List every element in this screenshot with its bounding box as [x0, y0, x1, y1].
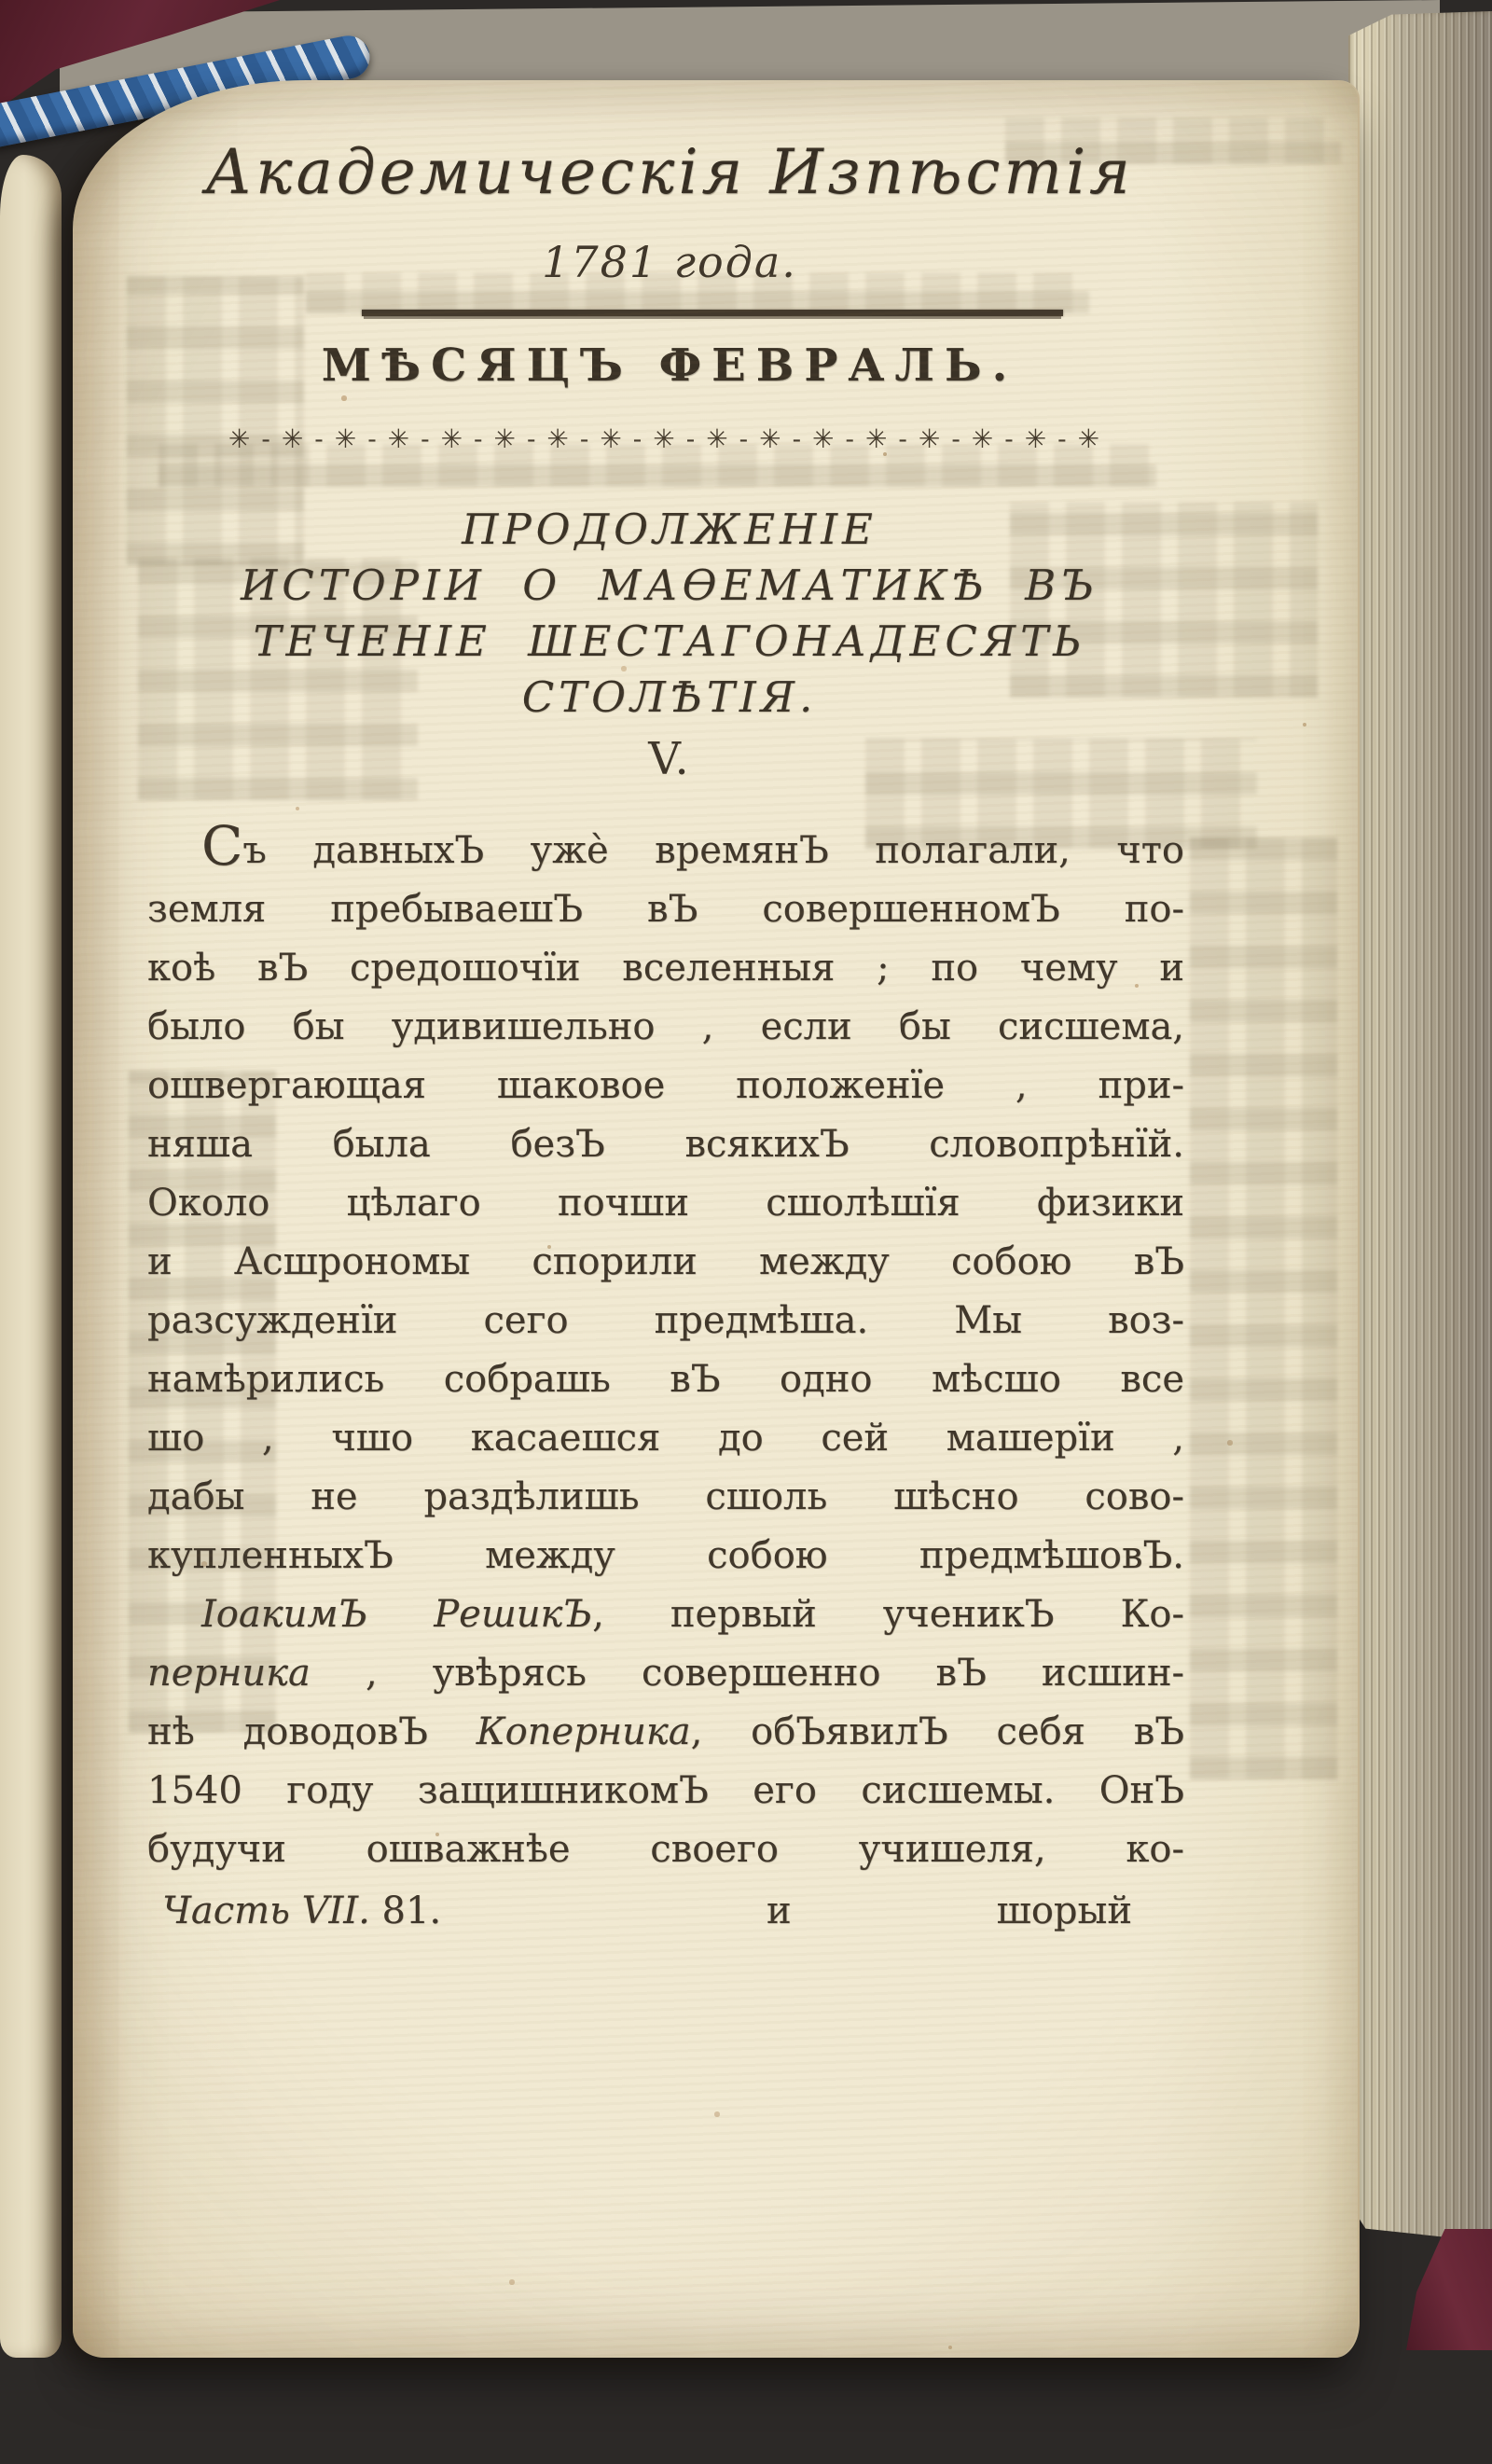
body-text-segment: шо , чшо касаешся до сей машерїи ,: [147, 1417, 1184, 1460]
month-heading: МѢСЯЦЪ ФЕВРАЛЬ.: [129, 339, 1210, 392]
body-text-segment: , обЪявилЪ себя вЪ: [691, 1710, 1184, 1753]
body-text-line: разсужденїи сего предмѣша. Мы воз-: [147, 1292, 1184, 1350]
body-text-segment: перника: [147, 1652, 311, 1695]
body-text-segment: земля пребываешЪ вЪ совершенномЪ по-: [147, 888, 1184, 931]
body-text-segment: , увѣрясь совершенно вЪ исшин-: [311, 1652, 1184, 1695]
article-heading-line: ИСТОРІИ О МАѲЕМАТИКѢ ВЪ: [129, 558, 1210, 614]
leather-cover-bottom-right: [1406, 2229, 1492, 2350]
catchword: шорый: [997, 1882, 1132, 1941]
body-text-line: перника , увѣрясь совершенно вЪ исшин-: [147, 1644, 1184, 1703]
body-text-segment: , первый ученикЪ Ко-: [592, 1593, 1184, 1636]
body-text-line: няша была безЪ всякихЪ словопрѣнїй.: [147, 1115, 1184, 1174]
body-text-line: коѣ вЪ средошочїи вселенныя ; по чему и: [147, 939, 1184, 998]
printed-content: Академическія Изпѣстія 1781 года. МѢСЯЦЪ…: [73, 80, 1358, 2358]
underlying-page-sliver: [0, 155, 62, 2358]
body-text-segment: ІоакимЪ РешикЪ: [201, 1593, 592, 1636]
body-text-line: дабы не раздѣлишь сшоль шѣсно сово-: [147, 1468, 1184, 1527]
body-text-segment: было бы удивишельно , если бы сисшема,: [147, 1005, 1184, 1048]
body-text-segment: будучи ошважнѣе своего учишеля, ко-: [147, 1828, 1184, 1871]
page-number: 81.: [382, 1890, 442, 1932]
article-heading-line: ПРОДОЛЖЕНІЕ: [129, 502, 1210, 558]
body-text-segment: Коперника: [477, 1710, 691, 1753]
drop-initial: С: [201, 814, 242, 878]
body-text-segment: и Асшрономы спорили между собою вЪ: [147, 1240, 1184, 1283]
volume-and-page: Часть VII. 81.: [162, 1882, 441, 1941]
signature-mark: и: [767, 1882, 792, 1941]
body-text: Съ давныхЪ ужѐ времянЪ полагали, чтоземл…: [147, 822, 1184, 1879]
photograph-of-book: { "page": { "masthead": { "title": "Акад…: [0, 0, 1492, 2464]
book-page: Академическія Изпѣстія 1781 года. МѢСЯЦЪ…: [73, 80, 1360, 2358]
body-text-segment: Около цѣлаго почши сшолѣшїя физики: [147, 1182, 1184, 1225]
body-text-line: купленныхЪ между собою предмѣшовЪ.: [147, 1527, 1184, 1585]
year-line: 1781 года.: [129, 237, 1210, 287]
body-text-line: и Асшрономы спорили между собою вЪ: [147, 1233, 1184, 1292]
body-text-segment: нѣ доводовЪ: [147, 1710, 477, 1753]
article-heading-line: СТОЛѢТІЯ.: [129, 670, 1210, 726]
body-text-segment: коѣ вЪ средошочїи вселенныя ; по чему и: [147, 947, 1184, 990]
body-text-segment: купленныхЪ между собою предмѣшовЪ.: [147, 1534, 1184, 1577]
body-text-segment: дабы не раздѣлишь сшоль шѣсно сово-: [147, 1475, 1184, 1518]
body-text-line: Около цѣлаго почши сшолѣшїя физики: [147, 1174, 1184, 1233]
body-text-line: Съ давныхЪ ужѐ времянЪ полагали, что: [147, 822, 1184, 880]
page-footer: Часть VII. 81. и шорый: [147, 1882, 1184, 1941]
body-text-line: было бы удивишельно , если бы сисшема,: [147, 998, 1184, 1057]
body-text-segment: разсужденїи сего предмѣша. Мы воз-: [147, 1299, 1184, 1342]
body-text-segment: намѣрились собрашь вЪ одно мѣсшо все: [147, 1358, 1184, 1401]
article-heading-line: ТЕЧЕНІЕ ШЕСТАГОНАДЕСЯТЬ: [129, 614, 1210, 670]
body-text-segment: 1540 году защишникомЪ его сисшемы. ОнЪ: [147, 1769, 1184, 1812]
body-text-segment: няша была безЪ всякихЪ словопрѣнїй.: [147, 1123, 1184, 1166]
body-text-line: будучи ошважнѣе своего учишеля, ко-: [147, 1820, 1184, 1879]
body-text-line: намѣрились собрашь вЪ одно мѣсшо все: [147, 1350, 1184, 1409]
body-text-line: земля пребываешЪ вЪ совершенномЪ по-: [147, 880, 1184, 939]
body-text-line: ІоакимЪ РешикЪ, первый ученикЪ Ко-: [147, 1585, 1184, 1644]
body-text-line: шо , чшо касаешся до сей машерїи ,: [147, 1409, 1184, 1468]
section-number: V.: [129, 733, 1210, 785]
body-text-line: 1540 году защишникомЪ его сисшемы. ОнЪ: [147, 1762, 1184, 1820]
volume-label: Часть VII.: [162, 1890, 370, 1932]
fore-edge-page-stack: [1348, 11, 1492, 2242]
journal-title: Академическія Изпѣстія: [129, 136, 1210, 208]
body-text-line: ошвергающая шаковое положенїе , при-: [147, 1057, 1184, 1115]
horizontal-rule: [362, 310, 1063, 316]
body-text-line: нѣ доводовЪ Коперника, обЪявилЪ себя вЪ: [147, 1703, 1184, 1762]
body-text-segment: ошвергающая шаковое положенїе , при-: [147, 1064, 1184, 1107]
article-heading: ПРОДОЛЖЕНІЕ ИСТОРІИ О МАѲЕМАТИКѢ ВЪ ТЕЧЕ…: [129, 502, 1210, 726]
ornament-row: ✳-✳-✳-✳-✳-✳-✳-✳-✳-✳-✳-✳-✳-✳-✳-✳-✳: [129, 423, 1210, 454]
body-text-segment: ъ давныхЪ ужѐ времянЪ полагали, что: [242, 829, 1184, 872]
